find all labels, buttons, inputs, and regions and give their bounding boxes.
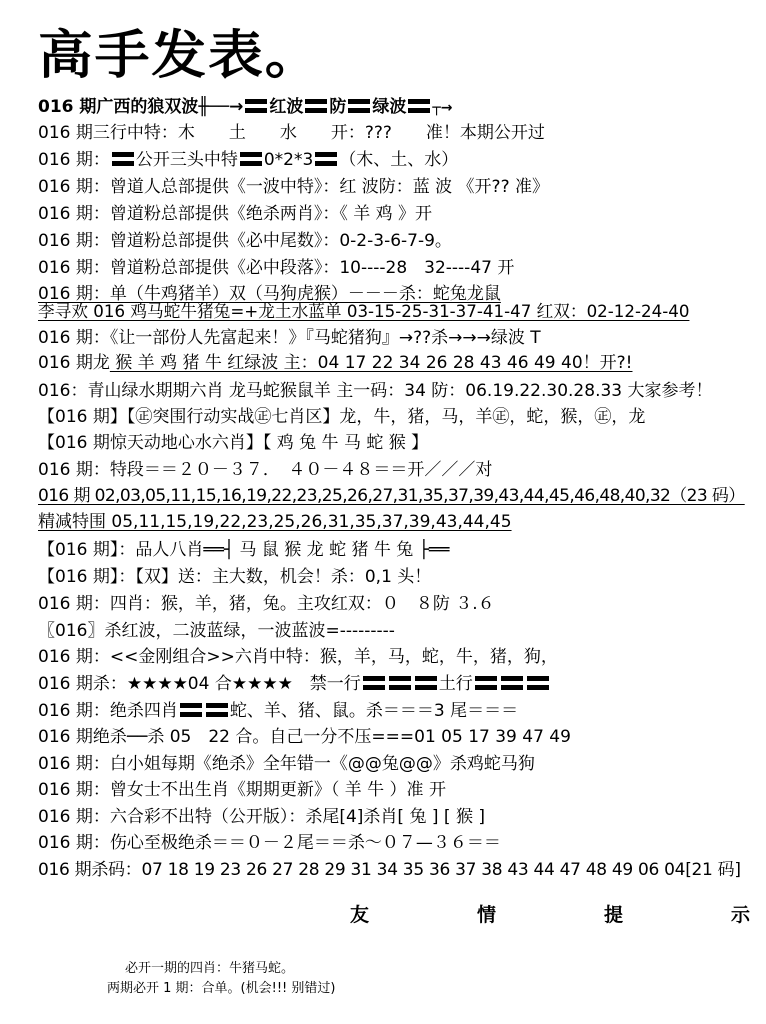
heading-char: 提: [604, 900, 623, 927]
line-heartbreak: 016 期：伤心至极绝杀＝＝０－２尾＝＝杀～０７—３６＝＝: [38, 832, 501, 854]
line-refined-range: 精减特围 05,11,15,19,22,23,25,26,31,35,37,39…: [38, 511, 512, 533]
line-text: 土行: [439, 674, 473, 694]
block-icon: [245, 99, 267, 113]
line-tail-numbers: 016 期：曾道粉总部提供《必中尾数》：0-2-3-6-7-9。: [38, 230, 452, 252]
block-icon: [408, 99, 430, 113]
line-eight-zodiac: 【016 期】：品人八肖══┤ 马 鼠 猴 龙 蛇 猪 牛 兔 ├══: [38, 539, 449, 561]
line-breakthrough: 【016 期】【㊣突围行动实战㊣七肖区】龙，牛，猪，马，羊㊣，蛇，猴，㊣，龙: [38, 406, 645, 428]
block-icon: [305, 99, 327, 113]
block-icon: [475, 676, 497, 690]
line-guangxi-wolf: 016 期广西的狼双波╫──→红波防绿波┬→: [38, 96, 453, 119]
line-li-xunhuan: 李寻欢 016 鸡马蛇牛猪兔=+龙土水蓝单 03-15-25-31-37-41-…: [38, 301, 689, 323]
heading-char: 情: [477, 900, 496, 927]
line-double: 【016 期】：【双】送：主大数，机会！杀：0,1 头！: [38, 566, 431, 588]
line-text: 防: [329, 97, 346, 117]
block-icon: [389, 676, 411, 690]
friendly-reminder-heading: 友 情 提 示: [350, 900, 750, 927]
line-text: 016 期：: [38, 150, 110, 170]
block-icon: [501, 676, 523, 690]
block-icon: [315, 152, 337, 166]
line-absolute-kill-four: 016 期：绝杀四肖蛇、羊、猪、鼠。杀＝＝＝3 尾＝＝＝: [38, 700, 518, 722]
line-kill-codes: 016 期杀码：07 18 19 23 26 27 28 29 31 34 35…: [38, 859, 741, 881]
block-icon: [240, 152, 262, 166]
block-icon: [206, 703, 228, 717]
line-mark-six: 016 期：六合彩不出特（公开版）：杀尾[4]杀肖[ 兔 ] [ 猴 ]: [38, 806, 485, 828]
line-kill-red-wave: 〖016〗杀红波，二波蓝绿，一波蓝波=---------: [38, 620, 395, 642]
line-text: 016 期龙: [38, 353, 110, 373]
heading-char: 示: [731, 900, 750, 927]
line-text: （木、土、水）: [339, 150, 458, 170]
line-text: 绿波: [372, 97, 406, 117]
line-text: 016 期：绝杀四肖: [38, 701, 178, 721]
line-23-codes: 016 期 02,03,05,11,15,16,19,22,23,25,26,2…: [38, 485, 745, 507]
line-get-rich: 016 期：《让一部份人先富起来！》『马蛇猪狗』→??杀→→→绿波 T: [38, 327, 541, 349]
line-four-zodiac: 016 期：四肖：猴，羊，猪，兔。主攻红双：０ ８防 ３.６: [38, 593, 495, 615]
tip-two-periods: 两期必开 1 期：合单。(机会!!! 别错过): [107, 980, 335, 998]
line-text: 0*2*3: [264, 150, 313, 170]
line-shocking-six: 【016 期惊天动地心水六肖】【 鸡 兔 牛 马 蛇 猴 】: [38, 432, 428, 454]
line-text: 猴 羊 鸡 猪 牛 红绿波 主：04 17 22 34 26 28 43 46 …: [110, 353, 633, 373]
line-vajra-combo: 016 期：<<金刚组合>>六肖中特：猴，羊，马，蛇，牛，猪，狗，: [38, 646, 558, 668]
line-three-heads: 016 期：公开三头中特0*2*3（木、土、水）: [38, 149, 458, 171]
line-three-elements: 016 期三行中特：木 土 水 开：??? 准！本期公开过: [38, 122, 545, 144]
line-ms-zeng: 016 期：曾女士不出生肖《期期更新》（ 羊 牛 ）准 开: [38, 779, 446, 801]
line-one-wave: 016 期：曾道人总部提供《一波中特》：红 波防：蓝 波 《开?? 准》: [38, 176, 549, 198]
line-special-segment: 016 期：特段＝＝２０－３７． ４０－４８＝＝开／／／对: [38, 459, 492, 481]
line-green-mountain: 016：青山绿水期期六肖 龙马蛇猴鼠羊 主一码：34 防：06.19.22.30…: [38, 380, 713, 402]
line-two-zodiac-kill: 016 期：曾道粉总部提供《绝杀两肖》：《 羊 鸡 》开: [38, 203, 432, 225]
line-dragon-monkey: 016 期龙 猴 羊 鸡 猪 牛 红绿波 主：04 17 22 34 26 28…: [38, 352, 632, 374]
line-text: 红波: [269, 97, 303, 117]
tip-four-zodiac: 必开一期的四肖：牛猪马蛇。: [125, 960, 294, 978]
line-text: 蛇、羊、猪、鼠。杀＝＝＝3 尾＝＝＝: [230, 701, 518, 721]
page-title: 高手发表。: [38, 26, 322, 86]
block-icon: [112, 152, 134, 166]
block-icon: [180, 703, 202, 717]
heading-char: 友: [350, 900, 369, 927]
line-absolute-kill-05: 016 期绝杀──杀 05 22 合。自己一分不压===01 05 17 39 …: [38, 726, 571, 748]
block-icon: [348, 99, 370, 113]
block-icon: [527, 676, 549, 690]
line-kill-stars: 016 期杀：★★★★04 合★★★★ 禁一行土行: [38, 673, 551, 695]
block-icon: [415, 676, 437, 690]
line-text: 公开三头中特: [136, 150, 238, 170]
line-text: 016 期广西的狼双波╫──→: [38, 97, 243, 117]
line-text: 016 期杀：★★★★04 合★★★★ 禁一行: [38, 674, 361, 694]
block-icon: [363, 676, 385, 690]
line-miss-bai: 016 期：白小姐每期《绝杀》全年错一《@@兔@@》杀鸡蛇马狗: [38, 753, 535, 775]
arrow-icon: ┬→: [432, 100, 452, 116]
line-segments: 016 期：曾道粉总部提供《必中段落》：10----28 32----47 开: [38, 257, 514, 279]
